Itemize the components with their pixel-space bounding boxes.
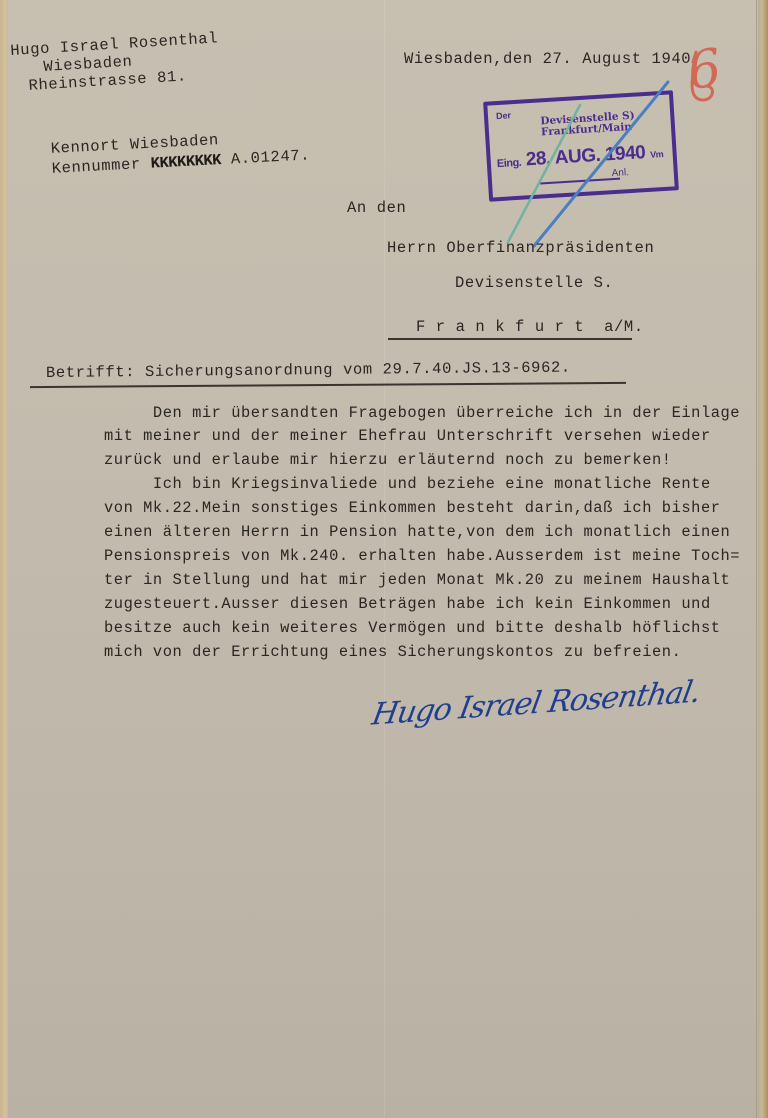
body-line: ter in Stellung und hat mir jeden Monat … [104,571,730,589]
stamp-enclosures: Anl. [611,167,629,179]
body-line: mit meiner und der meiner Ehefrau Unters… [104,427,711,445]
place-date: Wiesbaden,den 27. August 1940. [404,52,701,68]
page-right-border [756,0,757,1118]
stamp-prefix: Der [496,110,512,121]
kennummer-label: Kennummer [51,155,141,178]
body-line: von Mk.22.Mein sonstiges Einkommen beste… [104,499,721,517]
body-line: besitze auch kein weiteres Vermögen und … [104,619,721,637]
body-line: Ich bin Kriegsinvaliede und beziehe eine… [104,475,711,493]
struck-out-text: KKKKKKKK [150,151,221,173]
recipient-city-underline [388,338,632,340]
page-right-edge [758,0,768,1118]
letter-body: Den mir übersandten Fragebogen überreich… [104,404,724,664]
stamp-time-suffix: Vm [650,149,664,160]
body-line: Den mir übersandten Fragebogen überreich… [104,404,740,422]
stamp-enclosure-line [540,178,620,184]
recipient-salutation: An den [347,201,406,217]
receipt-stamp: Der Devisenstelle S) Frankfurt/Main Eing… [483,90,679,201]
recipient-title: Herrn Oberfinanzpräsidenten [387,241,654,257]
kennummer-value: A.01247. [230,146,310,168]
stamp-date: Eing. 28. AUG. 1940 Vm [496,141,664,173]
stamp-received-label: Eing. [497,157,522,170]
body-line: einen älteren Herrn in Pension hatte,von… [104,523,730,541]
page-left-edge [0,0,8,1118]
recipient-city: F r a n k f u r t a/M. [416,320,644,336]
body-line: Pensionspreis von Mk.240. erhalten habe.… [104,547,740,565]
recipient-department: Devisenstelle S. [455,276,613,292]
body-line: zurück und erlaube mir hierzu erläuternd… [104,451,672,469]
body-line: zugesteuert.Ausser diesen Beträgen habe … [104,595,711,613]
stamp-office: Devisenstelle S) Frankfurt/Main [540,111,636,139]
body-line: mich von der Errichtung eines Sicherungs… [104,643,681,661]
